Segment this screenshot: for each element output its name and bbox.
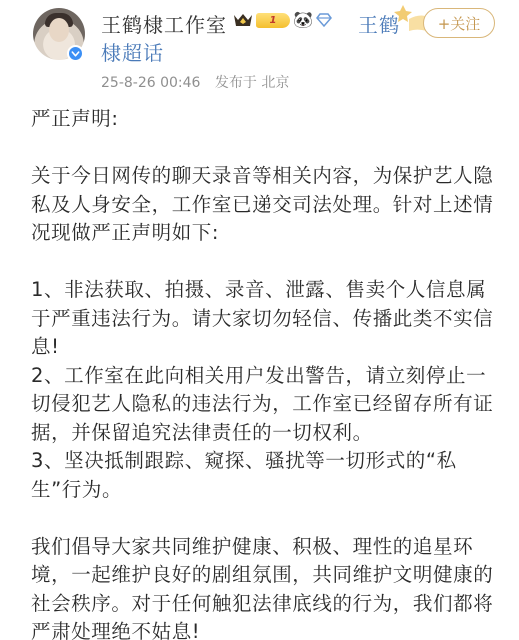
follow-button[interactable]: +关注 [423, 8, 495, 38]
account-name[interactable]: 王鹤棣工作室 [101, 9, 227, 38]
timestamp: 25-8-26 00:46 [101, 75, 200, 91]
post-closing: 我们倡导大家共同维护健康、积极、理性的追星环境，一起维护良好的剧组氛围，共同维护… [31, 533, 501, 640]
post-header: 王鹤棣工作室 1 🐼 王鹤 棣超话 25-8-26 00:46 发布于 北京 +… [0, 0, 519, 100]
post-intro: 关于今日网传的聊天录音等相关内容，为保护艺人隐私及人身安全，工作室已递交司法处理… [31, 162, 501, 248]
spacer [31, 134, 501, 163]
point-1: 1、非法获取、拍摄、录音、泄露、售卖个人信息属于严重违法行为。请大家切勿轻信、传… [31, 276, 501, 362]
post-meta: 25-8-26 00:46 发布于 北京 [101, 72, 299, 92]
point-2: 2、工作室在此向相关用户发出警告，请立刻停止一切侵犯艺人隐私的违法行为，工作室已… [31, 362, 501, 448]
diamond-icon [316, 13, 332, 27]
badge-row: 1 🐼 [233, 11, 332, 29]
level-badge: 1 [256, 13, 290, 28]
point-3: 3、坚决抵制跟踪、窥探、骚扰等一切形式的“私生”行为。 [31, 447, 501, 504]
location: 发布于 北京 [215, 75, 289, 91]
crown-icon [233, 12, 253, 28]
spacer [31, 248, 501, 277]
panda-icon: 🐼 [293, 11, 313, 29]
post-title: 严正声明: [31, 105, 501, 134]
spacer [31, 504, 501, 533]
verified-icon [67, 45, 84, 62]
avatar-face [49, 18, 69, 42]
supertopic-line-2[interactable]: 棣超话 [101, 37, 164, 66]
post-body: 严正声明: 关于今日网传的聊天录音等相关内容，为保护艺人隐私及人身安全，工作室已… [31, 105, 501, 640]
